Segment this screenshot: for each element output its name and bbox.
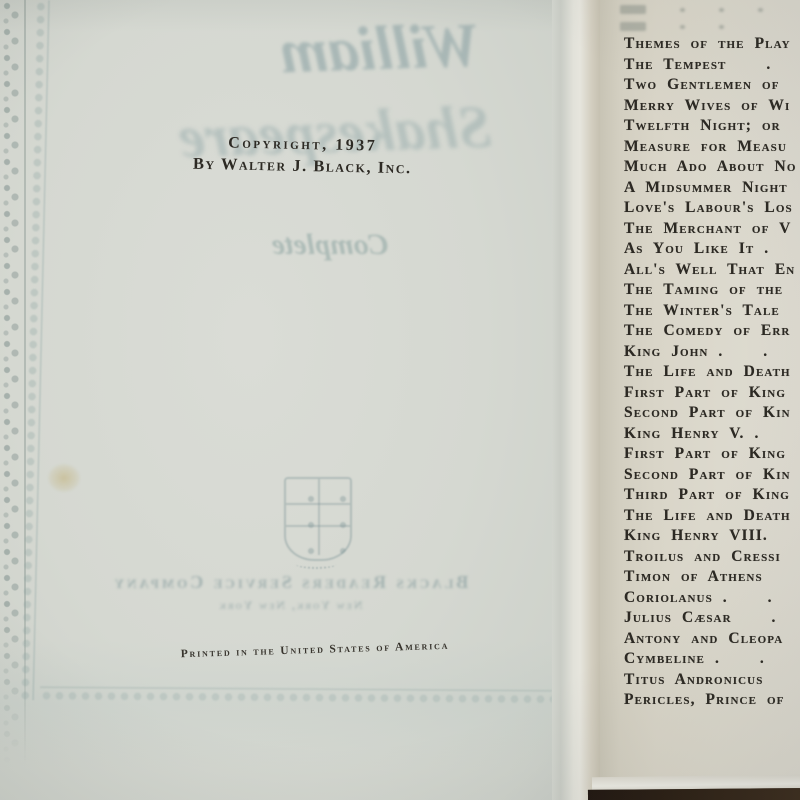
toc-line: Love's Labour's Los xyxy=(624,198,800,219)
toc-line: Two Gentlemen of xyxy=(624,75,800,96)
print-through-dot xyxy=(680,25,685,29)
ghost-edition-complete: Complete xyxy=(180,228,480,262)
printed-in-usa-line: Printed in the United States of America xyxy=(150,639,480,661)
book-photo: William Shakespeare Copyright, 1937 By W… xyxy=(0,0,800,800)
ghost-frame-horizontal xyxy=(40,686,552,707)
ghost-publisher-city: New York, New York xyxy=(170,598,410,613)
print-through-marks xyxy=(620,22,724,31)
toc-line: The Taming of the xyxy=(624,280,800,301)
toc-line: A Midsummer Night xyxy=(624,178,800,199)
right-page: Themes of the PlayThe Tempest .Two Gentl… xyxy=(600,0,800,786)
toc-line: Cymbeline . . xyxy=(624,649,800,670)
toc-line: The Comedy of Err xyxy=(624,321,800,342)
left-page: William Shakespeare Copyright, 1937 By W… xyxy=(0,0,552,800)
paper-stain xyxy=(48,464,80,492)
print-through-dot xyxy=(719,8,724,12)
toc-line: Pericles, Prince of xyxy=(624,690,800,711)
table-of-contents-list: Themes of the PlayThe Tempest .Two Gentl… xyxy=(624,34,800,711)
print-through-dot xyxy=(758,8,763,12)
book-gutter xyxy=(552,0,600,800)
toc-line: King Henry VIII. xyxy=(624,526,800,547)
print-through-dot xyxy=(719,25,724,29)
toc-line: Third Part of King xyxy=(624,485,800,506)
toc-line: The Life and Death xyxy=(624,362,800,383)
toc-line: Coriolanus . . xyxy=(624,588,800,609)
print-through-dot xyxy=(680,8,685,12)
toc-line: Timon of Athens xyxy=(624,567,800,588)
toc-line: The Merchant of V xyxy=(624,219,800,240)
print-through-smudge xyxy=(620,5,646,14)
toc-line: All's Well That En xyxy=(624,260,800,281)
copyright-notice: Copyright, 1937 By Walter J. Black, Inc. xyxy=(145,133,461,180)
toc-line: Titus Andronicus xyxy=(624,670,800,691)
toc-line: King Henry V. . xyxy=(624,424,800,445)
copyright-holder-line: By Walter J. Black, Inc. xyxy=(145,153,460,180)
ghost-publisher-name: Blacks Readers Service Company xyxy=(60,572,520,593)
toc-line: First Part of King xyxy=(624,444,800,465)
ghost-title-william: William xyxy=(199,8,552,92)
ghost-crest-flourish-icon xyxy=(296,560,336,569)
toc-line: Measure for Measu xyxy=(624,137,800,158)
book-cover-edge xyxy=(588,788,800,800)
print-through-smudge xyxy=(620,22,646,31)
toc-line: King John . . xyxy=(624,342,800,363)
toc-line: The Life and Death xyxy=(624,506,800,527)
toc-line: Much Ado About No xyxy=(624,157,800,178)
toc-line: Themes of the Play xyxy=(624,34,800,55)
toc-line: Antony and Cleopa xyxy=(624,629,800,650)
toc-line: As You Like It . xyxy=(624,239,800,260)
toc-line: Merry Wives of Wi xyxy=(624,96,800,117)
toc-line: The Tempest . xyxy=(624,55,800,76)
print-through-marks xyxy=(620,5,763,14)
ghost-publisher-crest-icon xyxy=(284,477,352,561)
toc-line: Twelfth Night; or xyxy=(624,116,800,137)
toc-line: The Winter's Tale . xyxy=(624,301,800,322)
toc-line: Second Part of Kin xyxy=(624,403,800,424)
toc-line: Second Part of Kin xyxy=(624,465,800,486)
toc-line: First Part of King xyxy=(624,383,800,404)
toc-line: Troilus and Cressi xyxy=(624,547,800,568)
toc-line: Julius Cæsar . xyxy=(624,608,800,629)
